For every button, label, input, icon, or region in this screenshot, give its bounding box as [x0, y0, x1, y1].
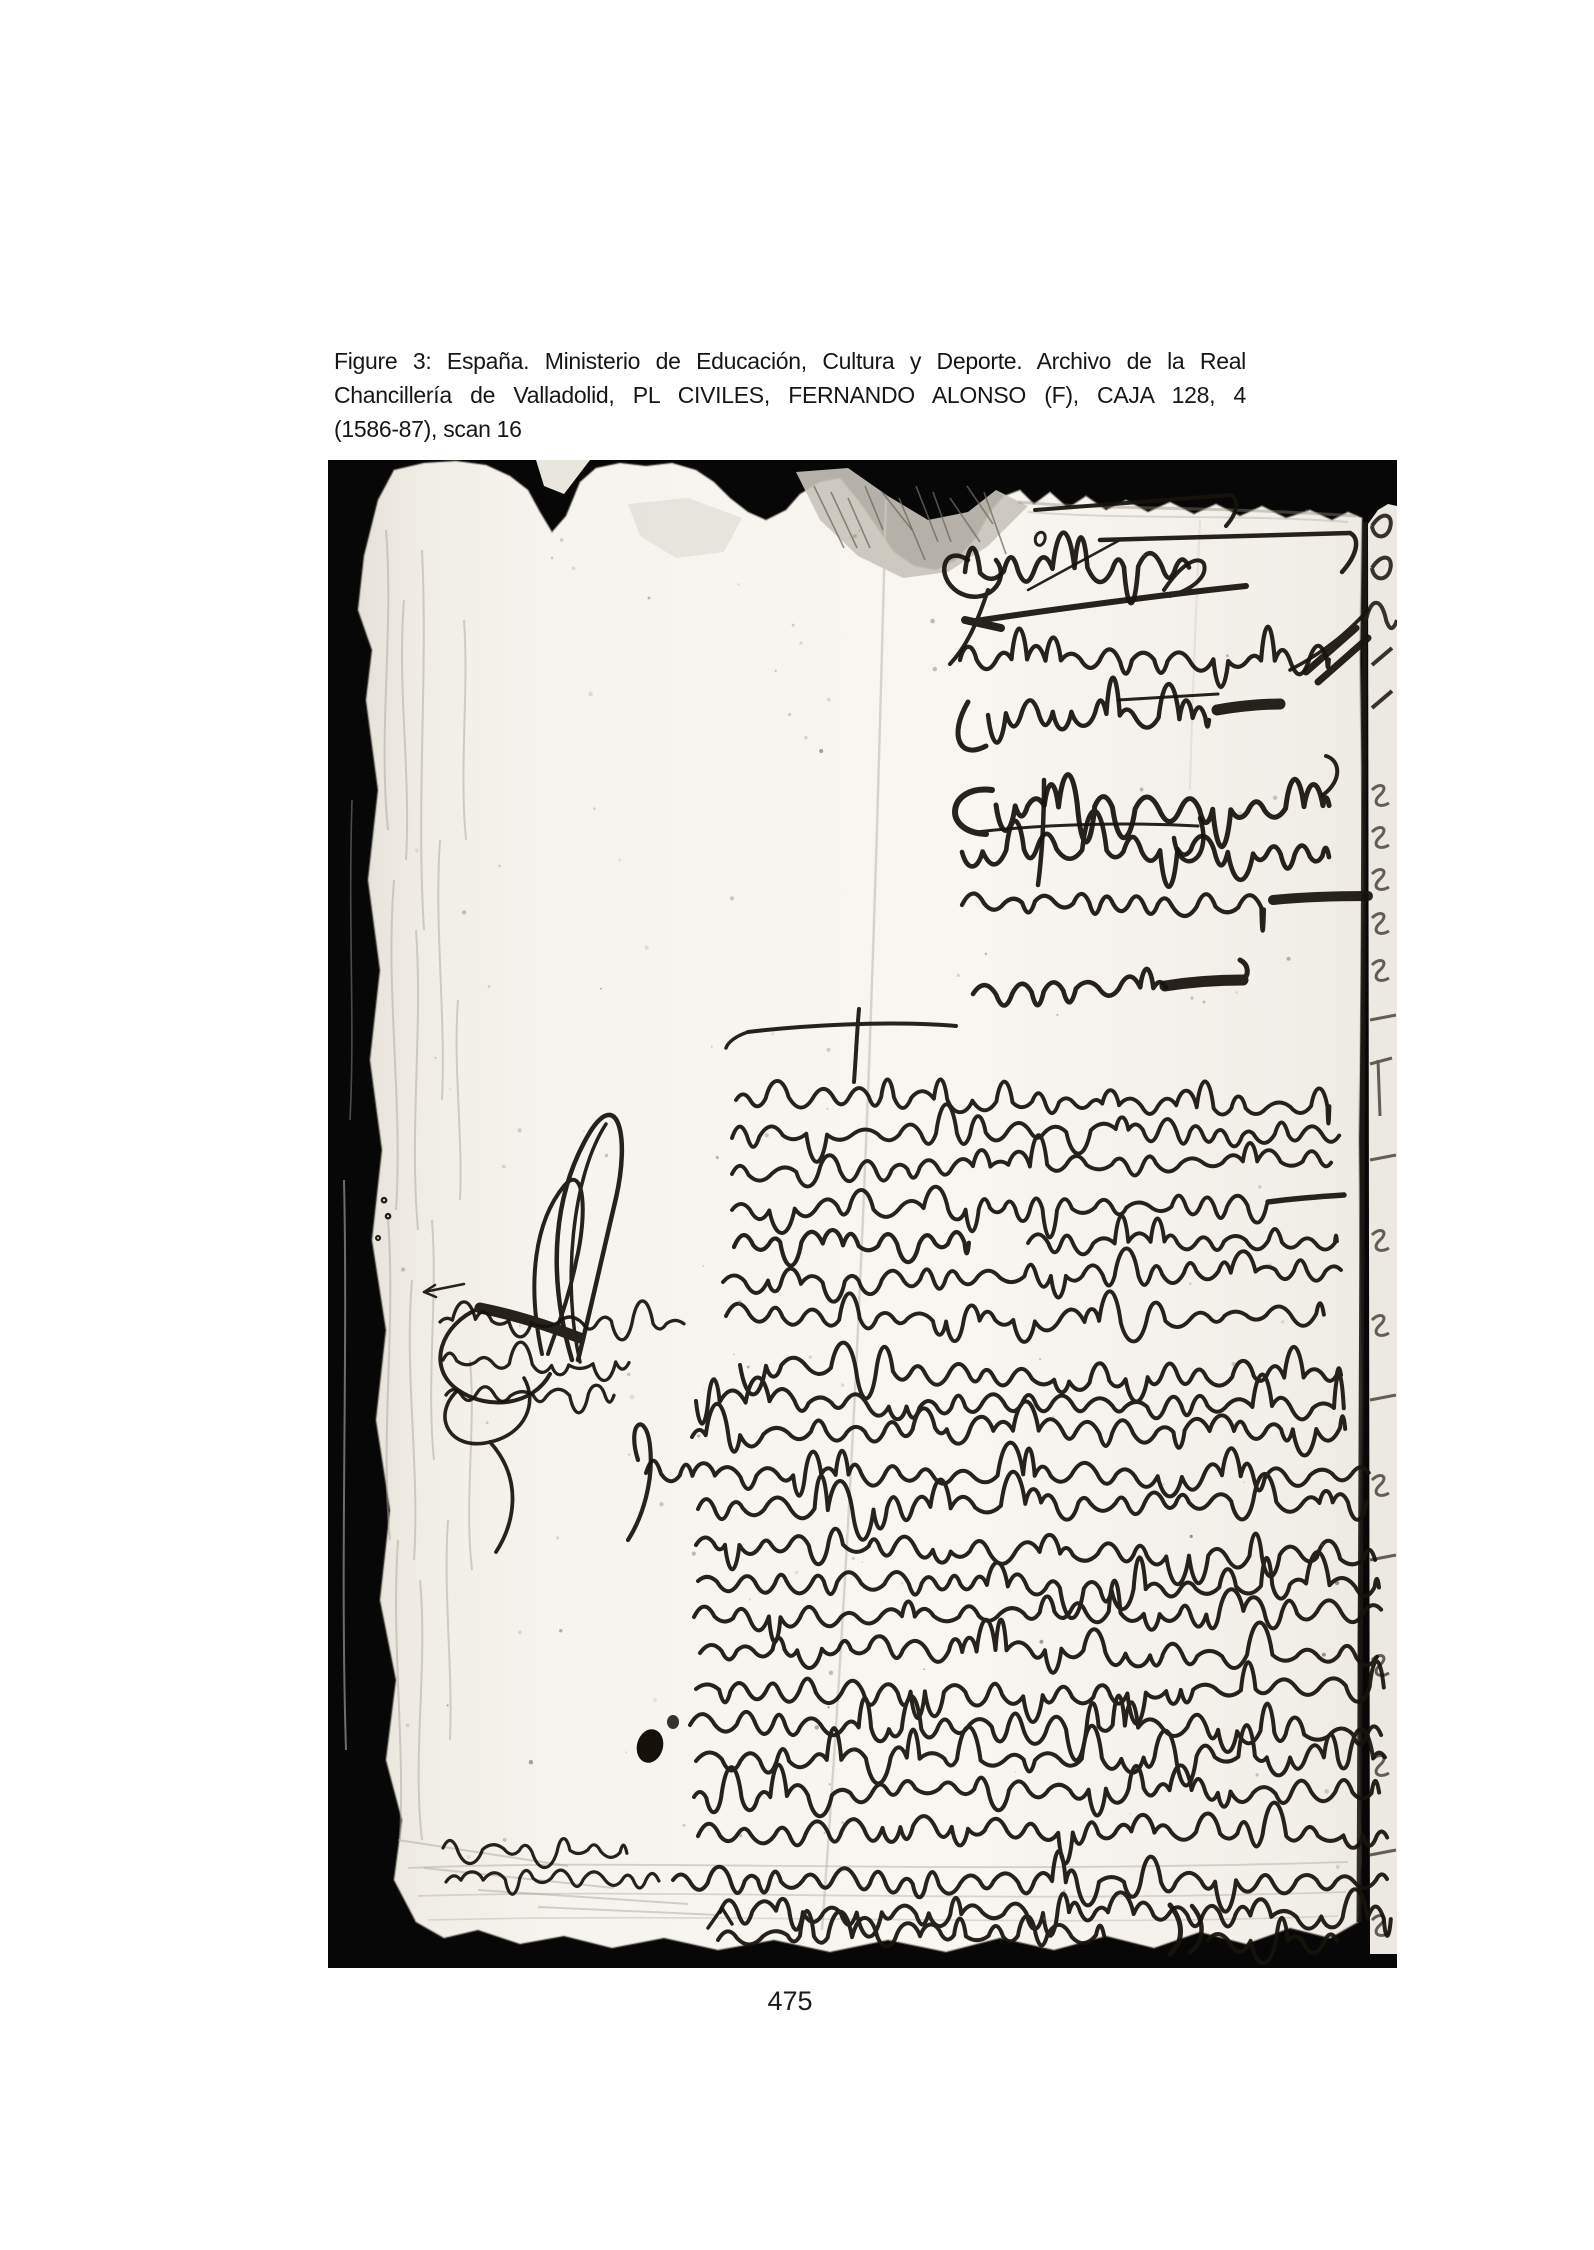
caption-line-1: Figure 3: España. Ministerio de Educació…	[334, 344, 1246, 378]
figure-caption: Figure 3: España. Ministerio de Educació…	[334, 344, 1246, 446]
manuscript-photo	[328, 460, 1397, 1968]
facing-page-strip	[1368, 504, 1397, 1954]
caption-line-3: (1586-87), scan 16	[334, 412, 1246, 446]
caption-line-2: Chancillería de Valladolid, PL CIVILES, …	[334, 378, 1246, 412]
figure-3: Figure 3: España. Ministerio de Educació…	[0, 0, 1594, 2250]
page-number: 475	[0, 1986, 1580, 2017]
ink-blot	[667, 1715, 679, 1729]
manuscript-photo-art	[328, 460, 1397, 1968]
